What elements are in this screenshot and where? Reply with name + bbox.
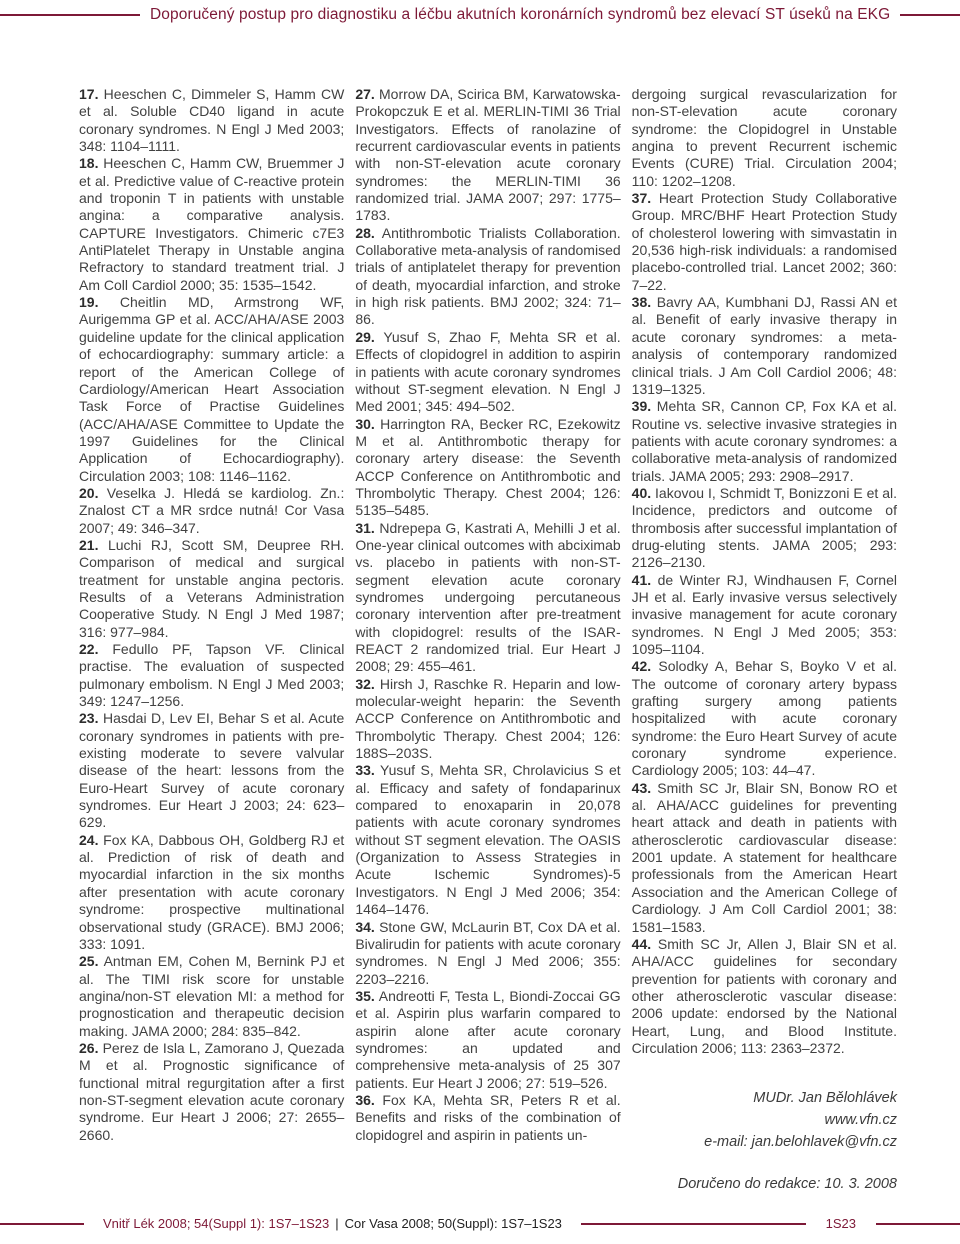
- reference-text: Smith SC Jr, Blair SN, Bonow RO et al. A…: [632, 780, 897, 935]
- reference-text: Andreotti F, Testa L, Biondi-Zoccai GG e…: [355, 988, 620, 1091]
- page-header: Doporučený postup pro diagnostiku a léčb…: [0, 6, 960, 24]
- reference-text: Heeschen C, Hamm CW, Bruemmer J et al. P…: [79, 155, 344, 292]
- reference-item: 44. Smith SC Jr, Allen J, Blair SN et al…: [632, 936, 897, 1057]
- reference-text: Cheitlin MD, Armstrong WF, Aurigemma GP …: [79, 294, 344, 483]
- reference-text: Fox KA, Mehta SR, Peters R et al. Benefi…: [355, 1092, 620, 1143]
- reference-number: 41.: [632, 572, 651, 588]
- reference-text: Stone GW, McLaurin BT, Cox DA et al. Biv…: [355, 919, 620, 987]
- reference-text: Luchi RJ, Scott SM, Deupree RH. Comparis…: [79, 537, 344, 640]
- reference-item: 37. Heart Protection Study Collaborative…: [632, 190, 897, 294]
- reference-number: 42.: [632, 658, 651, 674]
- author-email: e-mail: jan.belohlavek@vfn.cz: [632, 1131, 897, 1153]
- references-column-1: 17. Heeschen C, Dimmeler S, Hamm CW et a…: [79, 86, 344, 1195]
- reference-item: 17. Heeschen C, Dimmeler S, Hamm CW et a…: [79, 86, 344, 155]
- reference-item: 28. Antithrombotic Trialists Collaborati…: [355, 225, 620, 329]
- author-website: www.vfn.cz: [632, 1109, 897, 1131]
- footer-rule-left: [0, 1223, 84, 1225]
- reference-text: Veselka J. Hledá se kardiolog. Zn.: Znal…: [79, 485, 344, 536]
- references-column-3: dergoing surgical revascularization for …: [632, 86, 897, 1195]
- reference-item: 23. Hasdai D, Lev EI, Behar S et al. Acu…: [79, 710, 344, 831]
- reference-item: 24. Fox KA, Dabbous OH, Goldberg RJ et a…: [79, 832, 344, 953]
- reference-text: Yusuf S, Zhao F, Mehta SR et al. Effects…: [355, 329, 620, 414]
- citation-cor-vasa: Cor Vasa 2008; 50(Suppl): 1S7–1S23: [345, 1216, 562, 1231]
- reference-number: 18.: [79, 155, 98, 171]
- footer-rule-right: [876, 1223, 960, 1225]
- references-column-2: 27. Morrow DA, Scirica BM, Karwatowska-P…: [355, 86, 620, 1195]
- author-name: MUDr. Jan Bělohlávek: [632, 1087, 897, 1109]
- reference-item: 18. Heeschen C, Hamm CW, Bruemmer J et a…: [79, 155, 344, 294]
- reference-text: Fox KA, Dabbous OH, Goldberg RJ et al. P…: [79, 832, 344, 952]
- reference-number: 37.: [632, 190, 651, 206]
- reference-text: de Winter RJ, Windhausen F, Cornel JH et…: [632, 572, 897, 657]
- reference-text: Antithrombotic Trialists Collaboration. …: [355, 225, 620, 328]
- reference-item: 38. Bavry AA, Kumbhani DJ, Rassi AN et a…: [632, 294, 897, 398]
- reference-number: 28.: [355, 225, 374, 241]
- journal-page: Doporučený postup pro diagnostiku a léčb…: [0, 0, 960, 1244]
- reference-item: 29. Yusuf S, Zhao F, Mehta SR et al. Eff…: [355, 329, 620, 416]
- reference-number: 40.: [632, 485, 651, 501]
- reference-text: Fedullo PF, Tapson VF. Clinical practise…: [79, 641, 344, 709]
- reference-item: 22. Fedullo PF, Tapson VF. Clinical prac…: [79, 641, 344, 710]
- reference-text: Harrington RA, Becker RC, Ezekowitz M et…: [355, 416, 620, 519]
- reference-number: 32.: [355, 676, 374, 692]
- reference-number: 36.: [355, 1092, 374, 1108]
- reference-number: 19.: [79, 294, 98, 310]
- citation-separator: |: [335, 1216, 338, 1231]
- reference-item: 19. Cheitlin MD, Armstrong WF, Aurigemma…: [79, 294, 344, 485]
- reference-text: Perez de Isla L, Zamorano J, Quezada M e…: [79, 1040, 344, 1143]
- citation-vnitr-lek: Vnitř Lék 2008; 54(Suppl 1): 1S7–1S23: [103, 1216, 329, 1231]
- reference-item: 30. Harrington RA, Becker RC, Ezekowitz …: [355, 416, 620, 520]
- page-footer: Vnitř Lék 2008; 54(Suppl 1): 1S7–1S23|Co…: [0, 1216, 960, 1231]
- page-number: 1S23: [826, 1216, 856, 1231]
- reference-item: 31. Ndrepepa G, Kastrati A, Mehilli J et…: [355, 520, 620, 676]
- reference-text: Hirsh J, Raschke R. Heparin and low-mole…: [355, 676, 620, 761]
- page-title: Doporučený postup pro diagnostiku a léčb…: [140, 6, 900, 24]
- reference-number: 43.: [632, 780, 651, 796]
- reference-number: 27.: [355, 86, 374, 102]
- author-block: MUDr. Jan Bělohlávek www.vfn.cz e-mail: …: [632, 1087, 897, 1195]
- journal-citation: Vnitř Lék 2008; 54(Suppl 1): 1S7–1S23|Co…: [103, 1216, 562, 1231]
- reference-number: 26.: [79, 1040, 98, 1056]
- references-column-3-list: 37. Heart Protection Study Collaborative…: [632, 190, 897, 1057]
- reference-number: 44.: [632, 936, 651, 952]
- reference-number: 39.: [632, 398, 651, 414]
- reference-number: 31.: [355, 520, 374, 536]
- reference-number: 38.: [632, 294, 651, 310]
- reference-item: 26. Perez de Isla L, Zamorano J, Quezada…: [79, 1040, 344, 1144]
- reference-item: 32. Hirsh J, Raschke R. Heparin and low-…: [355, 676, 620, 763]
- reference-number: 17.: [79, 86, 98, 102]
- reference-text: Morrow DA, Scirica BM, Karwatowska-Proko…: [355, 86, 620, 223]
- reference-number: 33.: [355, 762, 374, 778]
- footer-rule-middle: [581, 1223, 806, 1225]
- received-date: Doručeno do redakce: 10. 3. 2008: [632, 1173, 897, 1195]
- reference-item: 42. Solodky A, Behar S, Boyko V et al. T…: [632, 658, 897, 779]
- reference-number: 22.: [79, 641, 98, 657]
- reference-number: 24.: [79, 832, 98, 848]
- reference-item: 41. de Winter RJ, Windhausen F, Cornel J…: [632, 572, 897, 659]
- reference-number: 21.: [79, 537, 98, 553]
- reference-item: 39. Mehta SR, Cannon CP, Fox KA et al. R…: [632, 398, 897, 485]
- reference-text: Antman EM, Cohen M, Bernink PJ et al. Th…: [79, 953, 344, 1038]
- reference-item: 20. Veselka J. Hledá se kardiolog. Zn.: …: [79, 485, 344, 537]
- reference-text: Solodky A, Behar S, Boyko V et al. The o…: [632, 658, 897, 778]
- reference-text: Smith SC Jr, Allen J, Blair SN et al. AH…: [632, 936, 897, 1056]
- reference-number: 23.: [79, 710, 98, 726]
- reference-number: 29.: [355, 329, 374, 345]
- reference-text: Yusuf S, Mehta SR, Chrolavicius S et al.…: [355, 762, 620, 917]
- reference-item: 25. Antman EM, Cohen M, Bernink PJ et al…: [79, 953, 344, 1040]
- reference-text: Hasdai D, Lev EI, Behar S et al. Acute c…: [79, 710, 344, 830]
- reference-number: 30.: [355, 416, 374, 432]
- reference-number: 35.: [355, 988, 374, 1004]
- reference-number: 25.: [79, 953, 98, 969]
- references-section: 17. Heeschen C, Dimmeler S, Hamm CW et a…: [79, 86, 897, 1195]
- reference-item: 27. Morrow DA, Scirica BM, Karwatowska-P…: [355, 86, 620, 225]
- reference-item: 43. Smith SC Jr, Blair SN, Bonow RO et a…: [632, 780, 897, 936]
- reference-item: 35. Andreotti F, Testa L, Biondi-Zoccai …: [355, 988, 620, 1092]
- reference-item: 21. Luchi RJ, Scott SM, Deupree RH. Comp…: [79, 537, 344, 641]
- header-rule-right: [900, 14, 960, 16]
- reference-text: Mehta SR, Cannon CP, Fox KA et al. Routi…: [632, 398, 897, 483]
- reference-item: 34. Stone GW, McLaurin BT, Cox DA et al.…: [355, 919, 620, 988]
- reference-item: 36. Fox KA, Mehta SR, Peters R et al. Be…: [355, 1092, 620, 1144]
- reference-text: Bavry AA, Kumbhani DJ, Rassi AN et al. B…: [632, 294, 897, 397]
- reference-text: Iakovou I, Schmidt T, Bonizzoni E et al.…: [632, 485, 897, 570]
- reference-text: Ndrepepa G, Kastrati A, Mehilli J et al.…: [355, 520, 620, 675]
- reference-text: Heart Protection Study Collaborative Gro…: [632, 190, 897, 293]
- header-rule-left: [0, 14, 140, 16]
- reference-36-continuation: dergoing surgical revascularization for …: [632, 86, 897, 190]
- reference-item: 33. Yusuf S, Mehta SR, Chrolavicius S et…: [355, 762, 620, 918]
- reference-text: Heeschen C, Dimmeler S, Hamm CW et al. S…: [79, 86, 344, 154]
- reference-item: 40. Iakovou I, Schmidt T, Bonizzoni E et…: [632, 485, 897, 572]
- reference-number: 20.: [79, 485, 98, 501]
- reference-number: 34.: [355, 919, 374, 935]
